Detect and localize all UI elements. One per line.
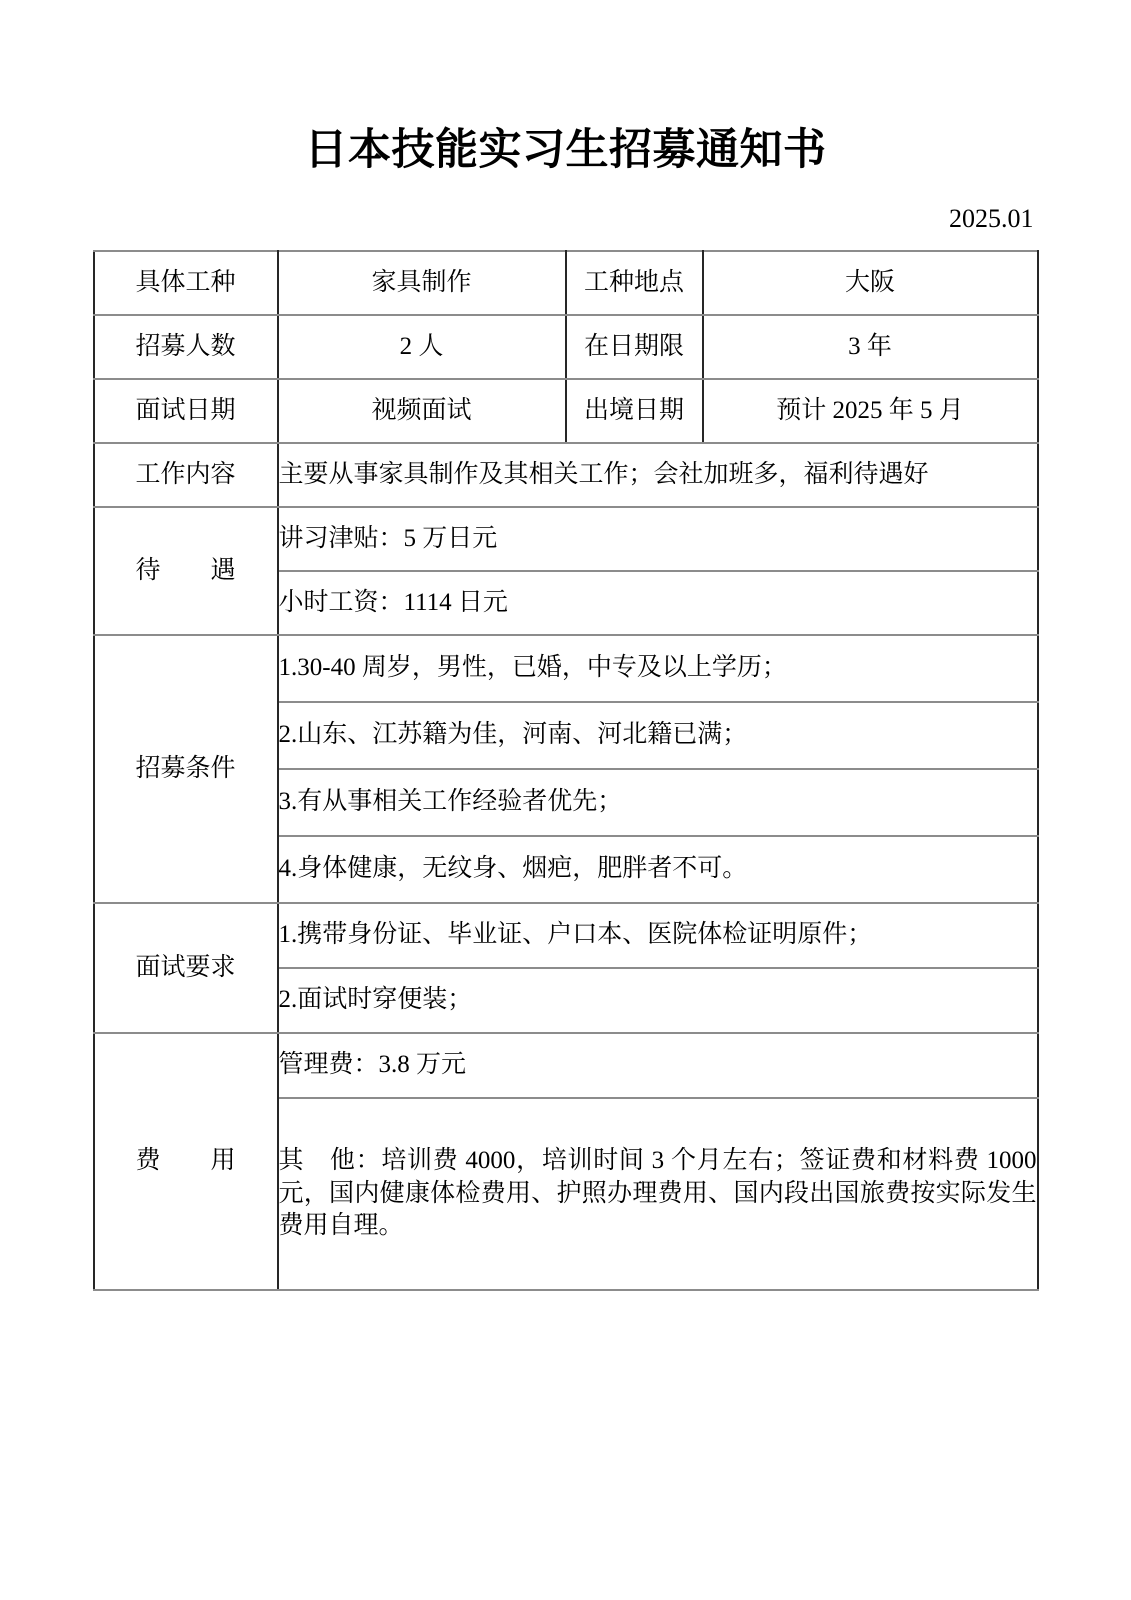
requirements-item-3: 3.有从事相关工作经验者优先； — [278, 769, 1038, 836]
interview-requirements-item-1: 1.携带身份证、毕业证、户口本、医院体检证明原件； — [278, 903, 1038, 968]
departure-date-value: 预计 2025 年 5 月 — [703, 379, 1038, 443]
requirements-item-4: 4.身体健康，无纹身、烟疤，肥胖者不可。 — [278, 836, 1038, 903]
job-type-label: 具体工种 — [94, 251, 278, 315]
document-page: 日本技能实习生招募通知书 2025.01 具体工种 家具制作 工种地点 大阪 招… — [0, 0, 1131, 1600]
document-title: 日本技能实习生招募通知书 — [0, 0, 1131, 175]
row-headcount-stay-period: 招募人数 2 人 在日期限 3 年 — [94, 315, 1038, 379]
fees-label: 费 用 — [94, 1033, 278, 1290]
headcount-label: 招募人数 — [94, 315, 278, 379]
requirements-item-2: 2.山东、江苏籍为佳，河南、河北籍已满； — [278, 702, 1038, 769]
stay-period-label: 在日期限 — [566, 315, 703, 379]
benefits-label: 待 遇 — [94, 507, 278, 635]
work-content-label: 工作内容 — [94, 443, 278, 507]
row-work-content: 工作内容 主要从事家具制作及其相关工作；会社加班多，福利待遇好 — [94, 443, 1038, 507]
location-value: 大阪 — [703, 251, 1038, 315]
row-interview-requirements-1: 面试要求 1.携带身份证、毕业证、户口本、医院体检证明原件； — [94, 903, 1038, 968]
benefits-item-allowance: 讲习津贴：5 万日元 — [278, 507, 1038, 571]
interview-requirements-item-2: 2.面试时穿便装； — [278, 968, 1038, 1033]
row-interview-departure-date: 面试日期 视频面试 出境日期 预计 2025 年 5 月 — [94, 379, 1038, 443]
departure-date-label: 出境日期 — [566, 379, 703, 443]
interview-date-value: 视频面试 — [278, 379, 566, 443]
row-benefits-1: 待 遇 讲习津贴：5 万日元 — [94, 507, 1038, 571]
recruitment-notice-table: 具体工种 家具制作 工种地点 大阪 招募人数 2 人 在日期限 3 年 面试日期… — [93, 250, 1039, 1291]
fees-item-other: 其 他：培训费 4000，培训时间 3 个月左右；签证费和材料费 1000 元，… — [278, 1098, 1038, 1290]
interview-date-label: 面试日期 — [94, 379, 278, 443]
headcount-value: 2 人 — [278, 315, 566, 379]
requirements-item-1: 1.30-40 周岁，男性，已婚，中专及以上学历； — [278, 635, 1038, 702]
job-type-value: 家具制作 — [278, 251, 566, 315]
row-job-type-location: 具体工种 家具制作 工种地点 大阪 — [94, 251, 1038, 315]
interview-requirements-label: 面试要求 — [94, 903, 278, 1033]
work-content-value: 主要从事家具制作及其相关工作；会社加班多，福利待遇好 — [278, 443, 1038, 507]
document-date: 2025.01 — [94, 205, 1038, 234]
row-requirements-1: 招募条件 1.30-40 周岁，男性，已婚，中专及以上学历； — [94, 635, 1038, 702]
stay-period-value: 3 年 — [703, 315, 1038, 379]
benefits-item-hourly-wage: 小时工资：1114 日元 — [278, 571, 1038, 635]
requirements-label: 招募条件 — [94, 635, 278, 903]
fees-item-management: 管理费：3.8 万元 — [278, 1033, 1038, 1098]
location-label: 工种地点 — [566, 251, 703, 315]
row-fees-1: 费 用 管理费：3.8 万元 — [94, 1033, 1038, 1098]
